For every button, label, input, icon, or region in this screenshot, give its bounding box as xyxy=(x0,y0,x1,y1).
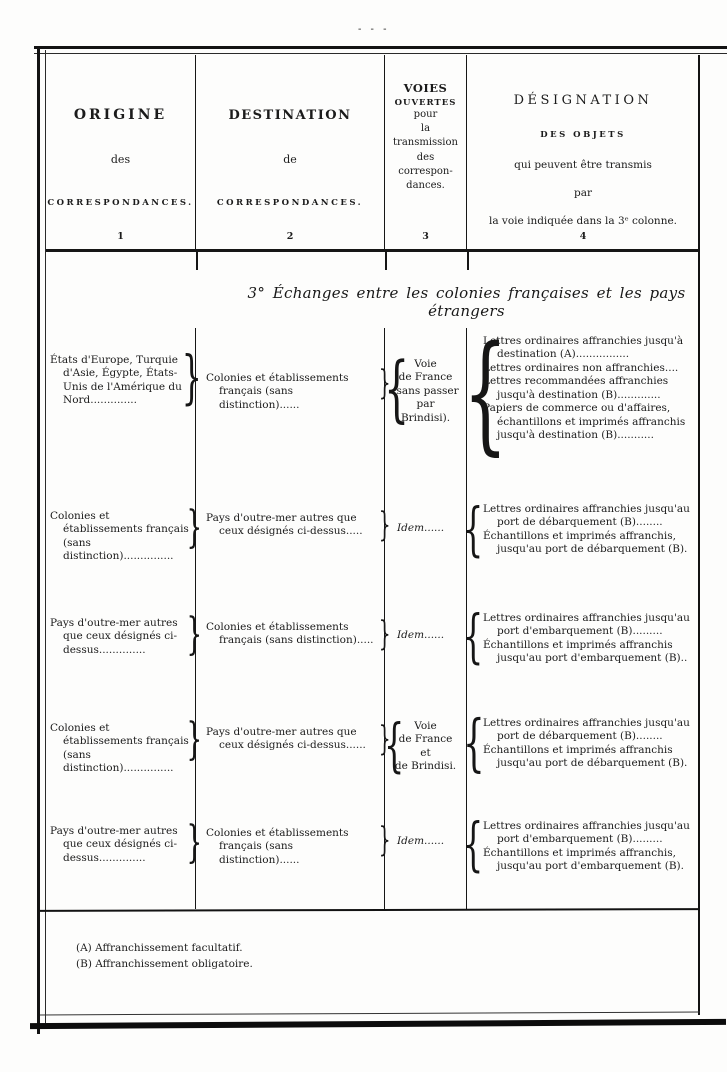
destination-text: Colonies et établissements français (san… xyxy=(196,827,384,867)
objets-list: Lettres ordinaires affranchies jusqu'au … xyxy=(467,612,699,666)
row3-origin-cell: Pays d'outre-mer autres que ceux désigné… xyxy=(46,603,196,708)
header-col-designation: DÉSIGNATION DES OBJETS qui peuvent être … xyxy=(467,55,699,252)
origin-text: Colonies et établissements français (san… xyxy=(46,510,195,564)
origin-text: Pays d'outre-mer autres que ceux désigné… xyxy=(46,617,195,657)
top-rule-thin xyxy=(34,53,727,54)
objet-item: Lettres ordinaires affranchies jusqu'au … xyxy=(483,717,697,744)
header-origine-title: ORIGINE xyxy=(74,107,167,123)
header-designation-title: DÉSIGNATION xyxy=(514,93,653,108)
column-divider-stub xyxy=(196,252,198,270)
section-title: 3° Échanges entre les colonies française… xyxy=(46,284,699,320)
header-designation-des-objets: DES OBJETS xyxy=(540,130,626,140)
header-col-destination: DESTINATION de CORRESPONDANCES. 2 xyxy=(196,55,385,252)
header-destination-title: DESTINATION xyxy=(228,108,351,123)
bottom-rule-thin xyxy=(40,1012,700,1016)
top-rule-thick xyxy=(34,46,727,49)
voie-text: Idem...... xyxy=(385,522,466,535)
objets-list: Lettres ordinaires affranchies jusqu'au … xyxy=(467,820,699,874)
header-col-number-4: 4 xyxy=(580,231,587,242)
row1-destination-cell: Colonies et établissements français (san… xyxy=(196,328,385,500)
voie-text: Idem...... xyxy=(385,835,466,848)
destination-text: Pays d'outre-mer autres que ceux désigné… xyxy=(196,512,384,539)
voie-text: Voie de France (sans passer par Brindisi… xyxy=(385,358,466,425)
header-col-origine: ORIGINE des CORRESPONDANCES. 1 xyxy=(46,55,196,252)
objet-item: Lettres ordinaires affranchies jusqu'à d… xyxy=(483,335,697,362)
row2-destination-cell: Pays d'outre-mer autres que ceux désigné… xyxy=(196,500,385,603)
voie-text: Idem...... xyxy=(385,629,466,642)
column-divider-stub xyxy=(467,252,469,270)
column-divider-stub xyxy=(385,252,387,270)
header-voies-line: la xyxy=(421,122,430,136)
voie-text: Voie de France et de Brindisi. xyxy=(385,720,466,774)
left-rule-thick xyxy=(37,46,40,1034)
header-col-voies: VOIES OUVERTES pour la transmission des … xyxy=(385,55,467,252)
page-number-remnant: - - - xyxy=(358,24,390,35)
header-voies-ouvertes: OUVERTES xyxy=(395,98,457,108)
origin-text: Colonies et établissements français (san… xyxy=(46,722,195,776)
bottom-rule-thick xyxy=(30,1019,726,1029)
header-destination-correspondances: CORRESPONDANCES. xyxy=(217,198,363,208)
footnote-b: (B) Affranchissement obligatoire. xyxy=(76,956,253,972)
header-destination-de: de xyxy=(283,153,297,166)
objets-list: Lettres ordinaires affranchies jusqu'au … xyxy=(467,717,699,771)
objet-item: Lettres ordinaires affranchies jusqu'au … xyxy=(483,503,697,530)
row2-voie-cell: Idem...... xyxy=(385,500,467,603)
destination-text: Pays d'outre-mer autres que ceux désigné… xyxy=(196,726,384,753)
table-header: ORIGINE des CORRESPONDANCES. 1 DESTINATI… xyxy=(46,55,699,252)
header-col-number-3: 3 xyxy=(422,231,429,242)
row5-origin-cell: Pays d'outre-mer autres que ceux désigné… xyxy=(46,811,196,909)
row4-origin-cell: Colonies et établissements français (san… xyxy=(46,708,196,811)
scanned-document-page: - - - ORIGINE des CORRESPONDANCES. 1 DES… xyxy=(0,0,727,1072)
header-voies-line: pour xyxy=(414,108,438,122)
header-col-number-2: 2 xyxy=(287,231,294,242)
row5-destination-cell: Colonies et établissements français (san… xyxy=(196,811,385,909)
header-designation-line: la voie indiquée dans la 3ᵉ colonne. xyxy=(489,215,677,227)
row3-destination-cell: Colonies et établissements français (san… xyxy=(196,603,385,708)
header-voies-line: des xyxy=(417,151,434,165)
row3-objets-cell: { Lettres ordinaires affranchies jusqu'a… xyxy=(467,603,699,708)
origin-text: États d'Europe, Turquie d'Asie, Égypte, … xyxy=(46,354,195,408)
header-voies-line: dances. xyxy=(406,179,445,193)
objet-item: Lettres recommandées affranchies jusqu'à… xyxy=(483,375,697,402)
row1-origin-cell: États d'Europe, Turquie d'Asie, Égypte, … xyxy=(46,328,196,500)
header-origine-correspondances: CORRESPONDANCES. xyxy=(47,198,193,208)
row1-voie-cell: { Voie de France (sans passer par Brindi… xyxy=(385,328,467,500)
row5-voie-cell: Idem...... xyxy=(385,811,467,909)
objet-item: Lettres ordinaires affranchies jusqu'au … xyxy=(483,820,697,847)
header-col-number-1: 1 xyxy=(117,231,124,242)
row4-voie-cell: { Voie de France et de Brindisi. xyxy=(385,708,467,811)
footnotes: (A) Affranchissement facultatif. (B) Aff… xyxy=(76,940,253,973)
objets-list: Lettres ordinaires affranchies jusqu'à d… xyxy=(467,335,699,443)
row3-voie-cell: Idem...... xyxy=(385,603,467,708)
objet-item: Lettres ordinaires affranchies jusqu'au … xyxy=(483,612,697,639)
objets-list: Lettres ordinaires affranchies jusqu'au … xyxy=(467,503,699,557)
objet-item: Échantillons et imprimés affranchis, jus… xyxy=(483,847,697,874)
header-voies-line: correspon- xyxy=(398,165,452,179)
header-voies-line: transmission xyxy=(393,136,458,150)
destination-text: Colonies et établissements français (san… xyxy=(196,372,384,412)
row4-objets-cell: { Lettres ordinaires affranchies jusqu'a… xyxy=(467,708,699,811)
objet-item: Lettres ordinaires non affranchies.... xyxy=(483,362,697,375)
row2-objets-cell: { Lettres ordinaires affranchies jusqu'a… xyxy=(467,500,699,603)
header-origine-des: des xyxy=(111,153,130,166)
origin-text: Pays d'outre-mer autres que ceux désigné… xyxy=(46,825,195,865)
table-body: États d'Europe, Turquie d'Asie, Égypte, … xyxy=(46,328,699,909)
row1-objets-cell: { Lettres ordinaires affranchies jusqu'à… xyxy=(467,328,699,500)
objet-item: Papiers de commerce ou d'affaires, échan… xyxy=(483,402,697,442)
objet-item: Échantillons et imprimés affranchis, jus… xyxy=(483,530,697,557)
objet-item: Échantillons et imprimés affranchis jusq… xyxy=(483,744,697,771)
header-designation-line: qui peuvent être transmis xyxy=(514,159,652,171)
destination-text: Colonies et établissements français (san… xyxy=(196,621,384,648)
row2-origin-cell: Colonies et établissements français (san… xyxy=(46,500,196,603)
header-designation-par: par xyxy=(574,187,592,199)
row5-objets-cell: { Lettres ordinaires affranchies jusqu'a… xyxy=(467,811,699,909)
row4-destination-cell: Pays d'outre-mer autres que ceux désigné… xyxy=(196,708,385,811)
footnote-a: (A) Affranchissement facultatif. xyxy=(76,940,253,956)
header-voies-title: VOIES xyxy=(404,81,448,95)
objet-item: Échantillons et imprimés affranchis jusq… xyxy=(483,639,697,666)
